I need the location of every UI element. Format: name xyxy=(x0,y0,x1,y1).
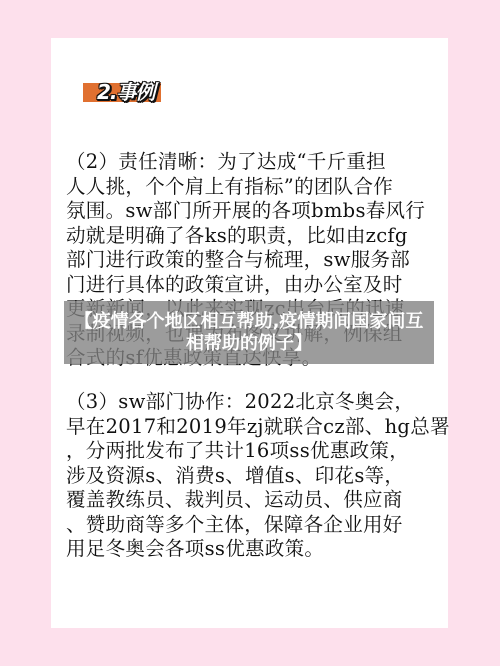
paragraph-line: 门进行具体的政策宣讲，由办公室及时 xyxy=(66,273,446,298)
paragraph-line: （2）责任清晰：为了达成“千斤重担 xyxy=(66,150,446,175)
overlay-caption: 【疫情各个地区相互帮助,疫情期间国家间互相帮助的例子】 xyxy=(69,311,429,355)
section-label-text: 2.事例 xyxy=(97,76,155,105)
title-overlay-banner: 【疫情各个地区相互帮助,疫情期间国家间互相帮助的例子】 xyxy=(64,301,434,364)
paragraph-line: 早在2017和2019年zj就联合cz部、hg总署 xyxy=(66,415,446,440)
paragraph-line: 涉及资源s、消费s、增值s、印花s等， xyxy=(66,464,446,489)
paragraph-line: 覆盖教练员、裁判员、运动员、供应商 xyxy=(66,488,446,513)
paragraph-line: 人人挑，个个肩上有指标”的团队合作 xyxy=(66,175,446,200)
paragraph-line: 动就是明确了各ks的职责，比如由zcfg xyxy=(66,224,446,249)
paragraph-line: （3）sw部门协作：2022北京冬奥会， xyxy=(66,390,446,415)
paragraph-line: 部门进行政策的整合与梳理，sw服务部 xyxy=(66,248,446,273)
paragraph-line: ，分两批发布了共计16项ss优惠政策， xyxy=(66,439,446,464)
paragraph-collaboration: （3）sw部门协作：2022北京冬奥会， 早在2017和2019年zj就联合cz… xyxy=(66,390,446,562)
paragraph-line: 用足冬奥会各项ss优惠政策。 xyxy=(66,537,446,562)
paragraph-line: 氛围。sw部门所开展的各项bmbs春风行 xyxy=(66,199,446,224)
section-label: 2.事例 xyxy=(83,76,163,98)
paragraph-line: 、赞助商等多个主体，保障各企业用好 xyxy=(66,513,446,538)
